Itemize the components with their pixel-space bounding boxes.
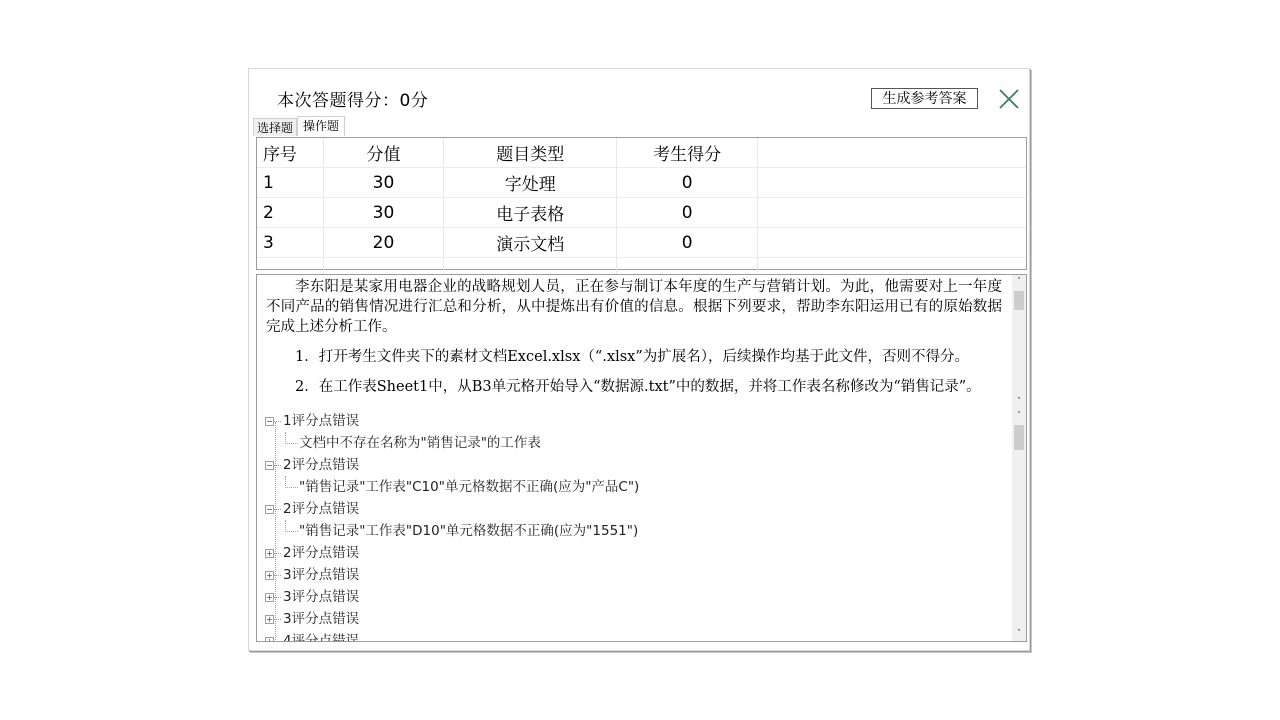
tree-node[interactable]: + 3评分点错误: [263, 608, 639, 630]
expand-icon[interactable]: +: [265, 615, 274, 624]
question-paragraph: 李东阳是某家用电器企业的战略规划人员，正在参与制订本年度的生产与营销计划。为此，…: [266, 277, 1002, 337]
question-paragraph: 2．在工作表Sheet1中，从B3单元格开始导入“数据源.txt”中的数据，并将…: [266, 377, 1002, 397]
tree-node-label: 1评分点错误: [283, 413, 359, 429]
scroll-up-icon[interactable]: ˄: [1012, 409, 1026, 423]
tree-node[interactable]: − 1评分点错误: [263, 410, 639, 432]
table-row[interactable]: 1 30 字处理 0: [257, 168, 1026, 198]
expand-icon[interactable]: +: [265, 593, 274, 602]
tab-operation-questions[interactable]: 操作题: [297, 116, 345, 136]
tree-node[interactable]: + 3评分点错误: [263, 586, 639, 608]
score-dialog: 本次答题得分：0分 生成参考答案 选择题 操作题 序号 分值 题目类型 考生得分…: [248, 68, 1030, 651]
scroll-down-icon[interactable]: ˅: [1012, 627, 1026, 641]
collapse-icon[interactable]: −: [265, 417, 274, 426]
header-score[interactable]: 考生得分: [617, 138, 757, 168]
tree-child[interactable]: "销售记录"工作表"C10"单元格数据不正确(应为"产品C"): [263, 476, 639, 498]
cell-points: 20: [323, 228, 443, 258]
collapse-icon[interactable]: −: [265, 461, 274, 470]
score-table: 序号 分值 题目类型 考生得分 1 30 字处理 0 2 30 电子表格 0: [256, 137, 1027, 270]
tree-node[interactable]: − 2评分点错误: [263, 454, 639, 476]
tree-child-label: 文档中不存在名称为"销售记录"的工作表: [299, 435, 541, 451]
tree-node-label: 3评分点错误: [283, 611, 359, 627]
score-title: 本次答题得分：0分: [277, 86, 428, 111]
question-text-panel[interactable]: 李东阳是某家用电器企业的战略规划人员，正在参与制订本年度的生产与营销计划。为此，…: [256, 274, 1027, 410]
tree-node[interactable]: − 2评分点错误: [263, 498, 639, 520]
tree-node[interactable]: + 4评分点错误: [263, 630, 639, 642]
tree-node-label: 2评分点错误: [283, 457, 359, 473]
cell-type: 字处理: [444, 168, 617, 198]
cell-index: 1: [257, 168, 323, 198]
tree-node[interactable]: + 3评分点错误: [263, 564, 639, 586]
header-filler: [757, 138, 1026, 168]
generate-reference-answer-button[interactable]: 生成参考答案: [871, 88, 978, 109]
collapse-icon[interactable]: −: [265, 505, 274, 514]
error-tree-panel[interactable]: − 1评分点错误 文档中不存在名称为"销售记录"的工作表 − 2评分点错误 "销…: [256, 409, 1027, 642]
header-type[interactable]: 题目类型: [444, 138, 617, 168]
tree-node-label: 3评分点错误: [283, 567, 359, 583]
tree-child-label: "销售记录"工作表"D10"单元格数据不正确(应为"1551"): [299, 523, 638, 539]
close-icon: [997, 87, 1021, 111]
header-index[interactable]: 序号: [257, 138, 323, 168]
question-paragraph: 1．打开考生文件夹下的素材文档Excel.xlsx（“.xlsx”为扩展名），后…: [266, 347, 1002, 367]
cell-score: 0: [617, 198, 757, 228]
table-row[interactable]: 2 30 电子表格 0: [257, 198, 1026, 228]
tree-child-label: "销售记录"工作表"C10"单元格数据不正确(应为"产品C"): [299, 479, 639, 495]
error-tree: − 1评分点错误 文档中不存在名称为"销售记录"的工作表 − 2评分点错误 "销…: [263, 410, 639, 642]
expand-icon[interactable]: +: [265, 637, 274, 642]
tree-child[interactable]: "销售记录"工作表"D10"单元格数据不正确(应为"1551"): [263, 520, 639, 542]
scroll-thumb[interactable]: [1014, 425, 1024, 450]
tab-bar: 选择题 操作题: [253, 116, 345, 136]
table-header-row: 序号 分值 题目类型 考生得分: [257, 138, 1026, 168]
cell-score: 0: [617, 168, 757, 198]
cell-points: 30: [323, 198, 443, 228]
cell-type: 演示文档: [444, 228, 617, 258]
cell-index: 3: [257, 228, 323, 258]
cell-score: 0: [617, 228, 757, 258]
question-text: 李东阳是某家用电器企业的战略规划人员，正在参与制订本年度的生产与营销计划。为此，…: [266, 277, 1002, 407]
header-points[interactable]: 分值: [323, 138, 443, 168]
expand-icon[interactable]: +: [265, 571, 274, 580]
tree-node[interactable]: + 2评分点错误: [263, 542, 639, 564]
tree-child[interactable]: 文档中不存在名称为"销售记录"的工作表: [263, 432, 639, 454]
cell-index: 2: [257, 198, 323, 228]
close-button[interactable]: [997, 87, 1021, 111]
expand-icon[interactable]: +: [265, 549, 274, 558]
tree-node-label: 3评分点错误: [283, 589, 359, 605]
scroll-thumb[interactable]: [1014, 291, 1024, 310]
tree-scrollbar[interactable]: ˄ ˅: [1012, 409, 1026, 641]
scroll-down-icon[interactable]: ˅: [1012, 395, 1026, 409]
tree-node-label: 2评分点错误: [283, 545, 359, 561]
cell-points: 30: [323, 168, 443, 198]
scroll-up-icon[interactable]: ˄: [1012, 275, 1026, 289]
tree-node-label: 4评分点错误: [283, 633, 359, 642]
table-row[interactable]: 3 20 演示文档 0: [257, 228, 1026, 258]
tab-choice-questions[interactable]: 选择题: [253, 118, 297, 136]
tree-node-label: 2评分点错误: [283, 501, 359, 517]
question-scrollbar[interactable]: ˄ ˅: [1012, 275, 1026, 409]
cell-type: 电子表格: [444, 198, 617, 228]
